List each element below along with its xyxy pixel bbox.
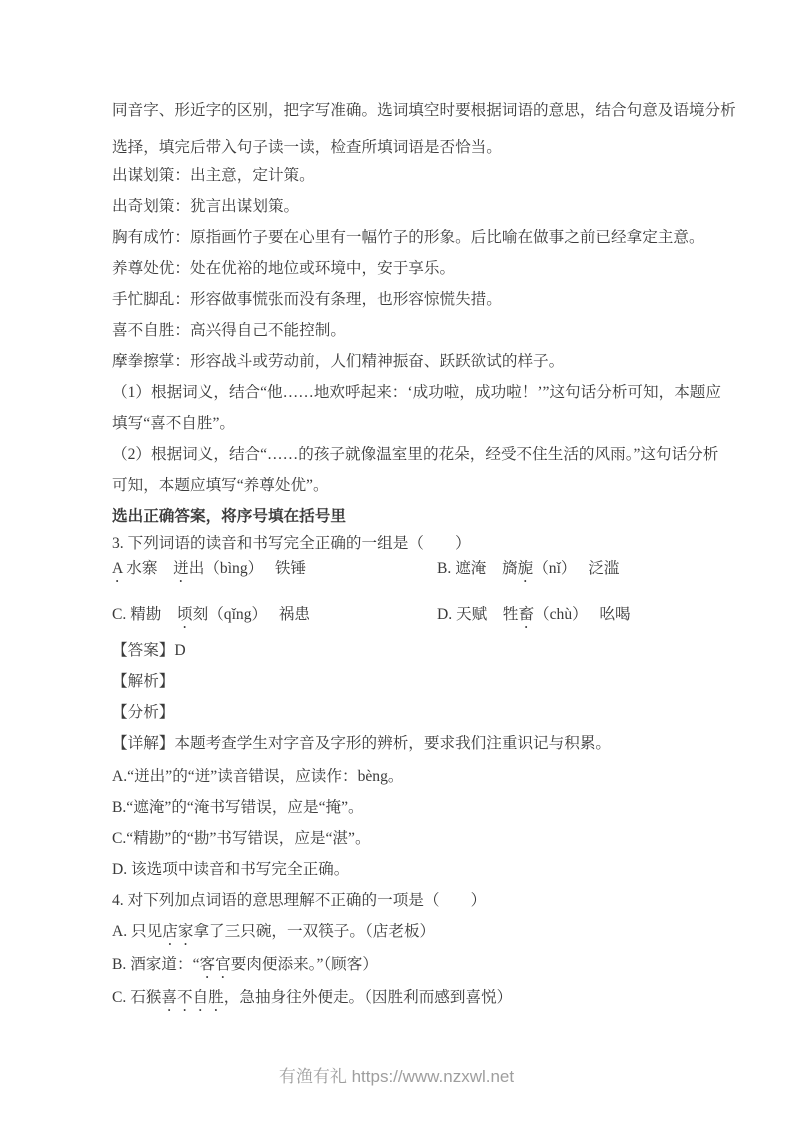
text-segment: 要肉便添来。”（顾客） (231, 956, 378, 973)
emphasized-text: 喜不自胜 (161, 989, 223, 1006)
text-segment: D. 该选项中读音和书写完全正确。 (112, 861, 349, 878)
doc-line-4: 出奇划策：犹言出谋划策。 (112, 191, 697, 222)
emphasized-text: 旎 (518, 560, 534, 577)
text-segment: 摩拳擦掌：形容战斗或劳动前，人们精神振奋、跃跃欲试的样子。 (112, 353, 564, 370)
option-column: D. 天赋 牲畜（chù） 吆喝 (437, 599, 697, 632)
text-segment: （2）根据词义，结合“……的孩子就像温室里的花朵，经受不住生活的风雨。”这句话分… (112, 446, 718, 463)
text-segment: 拿了三只碗，一双筷子。（店老板） (193, 923, 435, 940)
text-segment: 填写“喜不自胜”。 (112, 415, 235, 432)
doc-line-17: C. 精勘 顷刻（qǐng） 祸患D. 天赋 牲畜（chù） 吆喝 (112, 599, 697, 632)
doc-line-11: 填写“喜不自胜”。 (112, 408, 697, 439)
text-segment: 出（bìng） 铁锤 (189, 560, 306, 577)
text-segment: 选出正确答案，将序号填在括号里 (112, 508, 346, 525)
doc-line-27: A. 只见店家拿了三只碗，一双筷子。（店老板） (112, 916, 697, 949)
text-segment: 喜不自胜：高兴得自己不能控制。 (112, 322, 346, 339)
doc-line-29: C. 石猴喜不自胜，急抽身往外便走。（因胜利而感到喜悦） (112, 982, 697, 1015)
document-page: 同音字、形近字的区别，把字写准确。选词填空时要根据词语的意思，结合句意及语境分析… (0, 0, 793, 1122)
text-segment: 同音字、形近字的区别，把字写准确。选词填空时要根据词语的意思，结合句意及语境分析 (112, 102, 736, 119)
doc-line-10: （1）根据词义，结合“他……地欢呼起来：‘成功啦，成功啦！’”这句话分析可知，本… (112, 377, 697, 408)
text-segment: ，急抽身往外便走。（因胜利而感到喜悦） (224, 989, 512, 1006)
doc-line-26: 4. 对下列加点词语的意思理解不正确的一项是（ ） (112, 885, 697, 916)
doc-line-19: 【解析】 (112, 666, 697, 697)
text-segment: 选择，填完后带入句子读一读，检查所填词语是否恰当。 (112, 139, 502, 156)
emphasized-text: 畜 (518, 606, 534, 623)
doc-line-7: 手忙脚乱：形容做事慌张而没有条理，也形容惊慌失措。 (112, 284, 697, 315)
doc-line-1: 同音字、形近字的区别，把字写准确。选词填空时要根据词语的意思，结合句意及语境分析 (112, 95, 697, 126)
text-segment: 胸有成竹：原指画竹子要在心里有一幅竹子的形象。后比喻在做事之前已经拿定主意。 (112, 229, 705, 246)
text-segment: （1）根据词义，结合“他……地欢呼起来：‘成功啦，成功啦！’”这句话分析可知，本… (112, 384, 721, 401)
doc-line-20: 【分析】 (112, 697, 697, 728)
text-segment: B. 遮淹 旖 (437, 560, 518, 577)
doc-line-12: （2）根据词义，结合“……的孩子就像温室里的花朵，经受不住生活的风雨。”这句话分… (112, 439, 697, 470)
text-segment: 养尊处优：处在优裕的地位或环境中，安于享乐。 (112, 260, 455, 277)
text-segment: 刻（qǐng） 祸患 (193, 606, 310, 623)
text-segment: 4. 对下列加点词语的意思理解不正确的一项是（ ） (112, 892, 486, 909)
text-segment: 【分析】 (112, 704, 174, 721)
text-segment: 可知，本题应填写“养尊处优”。 (112, 477, 329, 494)
text-segment: 【答案】D (112, 642, 186, 659)
emphasized-text: A (112, 560, 122, 577)
doc-line-13: 可知，本题应填写“养尊处优”。 (112, 470, 697, 501)
doc-line-8: 喜不自胜：高兴得自己不能控制。 (112, 315, 697, 346)
doc-line-16: A 水寨 迸出（bìng） 铁锤B. 遮淹 旖旎（nǐ） 泛滥 (112, 553, 697, 586)
doc-line-25: D. 该选项中读音和书写完全正确。 (112, 854, 697, 885)
text-segment: （nǐ） 泛滥 (533, 560, 619, 577)
text-segment: 出奇划策：犹言出谋划策。 (112, 198, 299, 215)
emphasized-text: 顷 (177, 606, 193, 623)
doc-line-24: C.“精勘”的“勘”书写错误，应是“湛”。 (112, 823, 697, 854)
doc-line-28: B. 酒家道：“客官要肉便添来。”（顾客） (112, 949, 697, 982)
footer-watermark: 有渔有礼 https://www.nzxwl.net (0, 1062, 793, 1087)
document-content: 同音字、形近字的区别，把字写准确。选词填空时要根据词语的意思，结合句意及语境分析… (112, 95, 697, 1015)
text-segment: 手忙脚乱：形容做事慌张而没有条理，也形容惊慌失措。 (112, 291, 502, 308)
text-segment: B. 酒家道：“ (112, 956, 200, 973)
doc-line-6: 养尊处优：处在优裕的地位或环境中，安于享乐。 (112, 253, 697, 284)
doc-line-9: 摩拳擦掌：形容战斗或劳动前，人们精神振奋、跃跃欲试的样子。 (112, 346, 697, 377)
text-segment: 【详解】本题考查学生对字音及字形的辨析，要求我们注重识记与积累。 (112, 735, 611, 752)
text-segment: A. 只见 (112, 923, 162, 940)
text-segment: C. 石猴 (112, 989, 161, 1006)
doc-line-22: A.“迸出”的“迸”读音错误，应读作：bèng。 (112, 761, 697, 792)
text-segment: D. 天赋 牲 (437, 606, 518, 623)
option-column: A 水寨 迸出（bìng） 铁锤 (112, 553, 437, 586)
text-segment: C.“精勘”的“勘”书写错误，应是“湛”。 (112, 830, 371, 847)
text-segment: 水寨 (122, 560, 173, 577)
doc-line-18: 【答案】D (112, 635, 697, 666)
text-segment: B.“遮淹”的“淹书写错误，应是“掩”。 (112, 799, 364, 816)
text-segment: （chù） 吆喝 (534, 606, 631, 623)
text-segment: 出谋划策：出主意，定计策。 (112, 167, 315, 184)
text-segment: 3. 下列词语的读音和书写完全正确的一组是（ ） (112, 535, 471, 552)
option-column: B. 遮淹 旖旎（nǐ） 泛滥 (437, 553, 697, 586)
emphasized-text: 迸 (173, 560, 189, 577)
doc-line-21: 【详解】本题考查学生对字音及字形的辨析，要求我们注重识记与积累。 (112, 728, 697, 759)
text-segment: 【解析】 (112, 673, 174, 690)
text-segment: C. 精勘 (112, 606, 177, 623)
doc-line-3: 出谋划策：出主意，定计策。 (112, 160, 697, 191)
emphasized-text: 客官 (200, 956, 231, 973)
emphasized-text: 店家 (162, 923, 193, 940)
doc-line-2: 选择，填完后带入句子读一读，检查所填词语是否恰当。 (112, 132, 697, 163)
text-segment: A.“迸出”的“迸”读音错误，应读作：bèng。 (112, 768, 403, 785)
doc-line-23: B.“遮淹”的“淹书写错误，应是“掩”。 (112, 792, 697, 823)
doc-line-5: 胸有成竹：原指画竹子要在心里有一幅竹子的形象。后比喻在做事之前已经拿定主意。 (112, 222, 697, 253)
option-column: C. 精勘 顷刻（qǐng） 祸患 (112, 599, 437, 632)
